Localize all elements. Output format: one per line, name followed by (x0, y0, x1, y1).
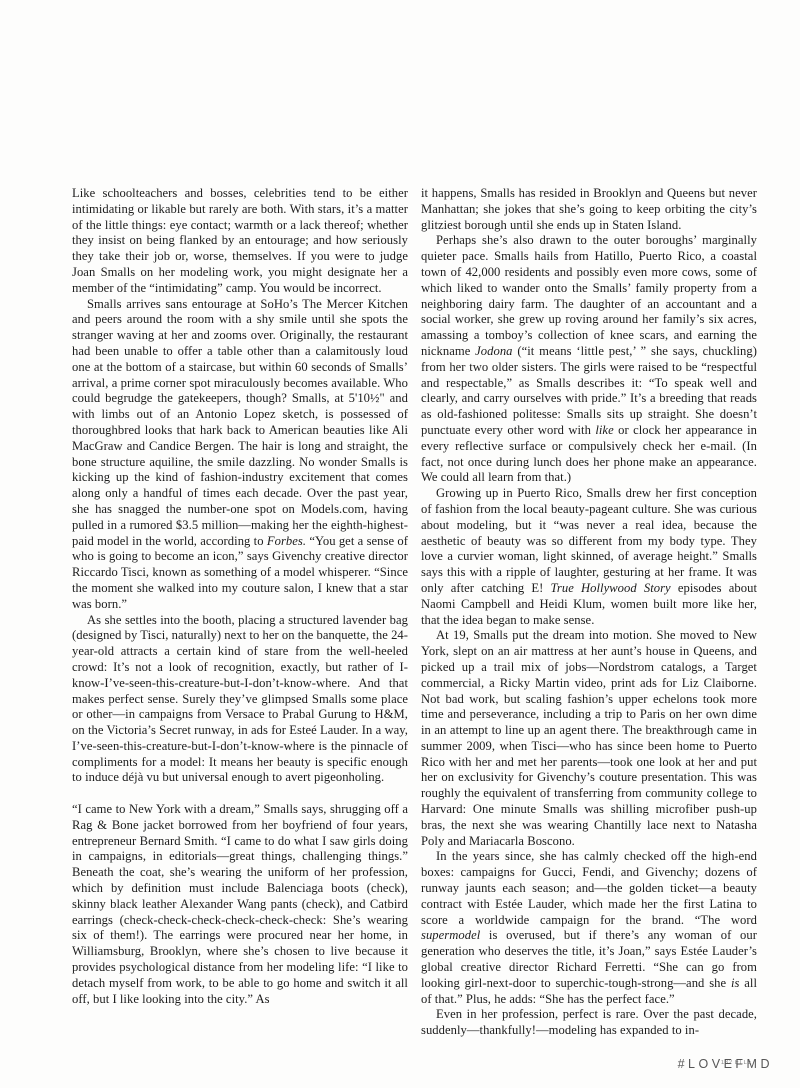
italic-text-segment: supermodel (421, 928, 480, 942)
paragraph: At 19, Smalls put the dream into motion.… (421, 628, 757, 849)
text-segment: Like schoolteachers and bosses, celebrit… (72, 186, 408, 295)
text-segment: Growing up in Puerto Rico, Smalls drew h… (421, 486, 757, 595)
text-segment: Even in her profession, perfect is rare.… (421, 1007, 757, 1037)
paragraph: Perhaps she’s also drawn to the outer bo… (421, 233, 757, 486)
article-column-right: it happens, Smalls has resided in Brookl… (421, 186, 757, 1039)
paragraph: Even in her profession, perfect is rare.… (421, 1007, 757, 1039)
paragraph: “I came to New York with a dream,” Small… (72, 802, 408, 1007)
article-column-left: Like schoolteachers and bosses, celebrit… (72, 186, 408, 1039)
paragraph: it happens, Smalls has resided in Brookl… (421, 186, 757, 233)
paragraph: Like schoolteachers and bosses, celebrit… (72, 186, 408, 297)
text-segment: “I came to New York with a dream,” Small… (72, 802, 408, 1006)
text-segment: Perhaps she’s also drawn to the outer bo… (421, 233, 757, 358)
paragraph: In the years since, she has calmly check… (421, 849, 757, 1007)
italic-text-segment: True Hollywood Story (551, 581, 671, 595)
italic-text-segment: like (595, 423, 613, 437)
text-segment: it happens, Smalls has resided in Brookl… (421, 186, 757, 232)
paragraph: Smalls arrives sans entourage at SoHo’s … (72, 297, 408, 613)
magazine-page: Like schoolteachers and bosses, celebrit… (0, 0, 800, 1088)
paragraph: Growing up in Puerto Rico, Smalls drew h… (421, 486, 757, 628)
text-segment: Smalls arrives sans entourage at SoHo’s … (72, 297, 408, 548)
italic-text-segment: Forbes. (267, 534, 306, 548)
article-body: Like schoolteachers and bosses, celebrit… (72, 186, 757, 1039)
text-segment: At 19, Smalls put the dream into motion.… (421, 628, 757, 847)
text-segment: In the years since, she has calmly check… (421, 849, 757, 926)
paragraph: As she settles into the booth, placing a… (72, 613, 408, 787)
text-segment: As she settles into the booth, placing a… (72, 613, 408, 785)
italic-text-segment: Jodona (475, 344, 512, 358)
lovefmd-watermark: #LOVEFMD (678, 1057, 773, 1071)
